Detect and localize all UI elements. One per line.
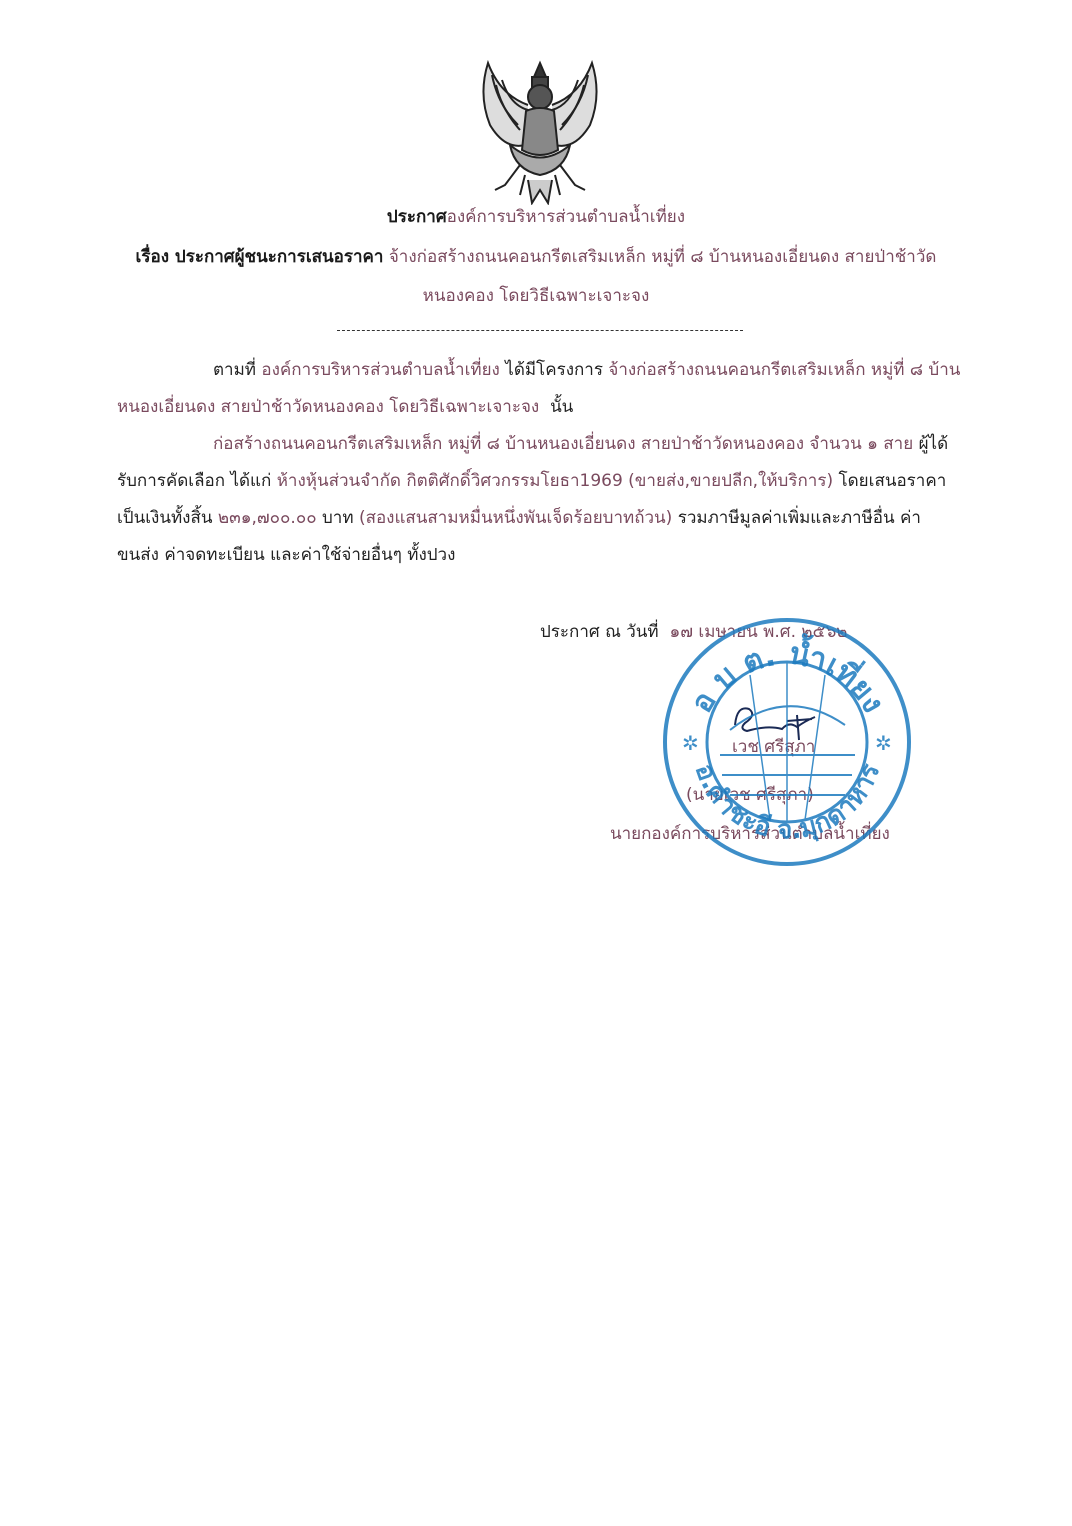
p1-suffix: นั้น bbox=[550, 397, 573, 417]
p2-item: ก่อสร้างถนนคอนกรีตเสริมเหล็ก หมู่ที่ ๘ บ… bbox=[213, 434, 913, 454]
subject-line-2: หนองคอง โดยวิธีเฉพาะเจาะจง bbox=[0, 284, 1072, 308]
document-page: ประกาศองค์การบริหารส่วนตำบลน้ำเที่ยง เรื… bbox=[0, 0, 1072, 1526]
p2-total-label: เป็นเงินทั้งสิ้น bbox=[117, 508, 212, 528]
paragraph-2-line-3: เป็นเงินทั้งสิ้น ๒๓๑,๗๐๐.๐๐ บาท (สองแสนส… bbox=[117, 506, 921, 530]
subject-line-1: เรื่อง ประกาศผู้ชนะการเสนอราคา จ้างก่อสร… bbox=[0, 245, 1072, 269]
paragraph-1-line-2: หนองเอี่ยนดง สายป่าช้าวัดหนองคอง โดยวิธี… bbox=[117, 395, 573, 419]
p1-prefix: ตามที่ bbox=[213, 360, 256, 380]
p1-mid: ได้มีโครงการ bbox=[505, 360, 603, 380]
organization-name: องค์การบริหารส่วนตำบลน้ำเที่ยง bbox=[447, 207, 685, 227]
announcement-prefix: ประกาศ bbox=[387, 207, 447, 227]
date-label: ประกาศ ณ วันที่ bbox=[540, 622, 659, 642]
paragraph-1-line-1: ตามที่ องค์การบริหารส่วนตำบลน้ำเที่ยง ได… bbox=[213, 358, 960, 382]
p2-amount: ๒๓๑,๗๐๐.๐๐ bbox=[218, 508, 317, 528]
p1-project-a: จ้างก่อสร้างถนนคอนกรีตเสริมเหล็ก หมู่ที่… bbox=[608, 360, 960, 380]
separator-line bbox=[337, 330, 743, 331]
paragraph-2-line-4: ขนส่ง ค่าจดทะเบียน และค่าใช้จ่ายอื่นๆ ทั… bbox=[117, 543, 455, 567]
subject-label: เรื่อง ประกาศผู้ชนะการเสนอราคา bbox=[136, 247, 384, 267]
p2-tax-a: รวมภาษีมูลค่าเพิ่มและภาษีอื่น ค่า bbox=[678, 508, 921, 528]
svg-text:✲: ✲ bbox=[682, 731, 699, 755]
paragraph-2-line-1: ก่อสร้างถนนคอนกรีตเสริมเหล็ก หมู่ที่ ๘ บ… bbox=[213, 432, 948, 456]
subject-project-cont: หนองคอง โดยวิธีเฉพาะเจาะจง bbox=[423, 286, 650, 306]
p2-offer-label: โดยเสนอราคา bbox=[839, 471, 947, 491]
p2-tax-b: ขนส่ง ค่าจดทะเบียน และค่าใช้จ่ายอื่นๆ ทั… bbox=[117, 545, 455, 565]
p2-amount-words: (สองแสนสามหมื่นหนึ่งพันเจ็ดร้อยบาทถ้วน) bbox=[359, 508, 672, 528]
svg-text:✲: ✲ bbox=[875, 731, 892, 755]
p2-winner: ห้างหุ้นส่วนจำกัด กิตติศักดิ์วิศวกรรมโยธ… bbox=[277, 471, 833, 491]
paragraph-2-line-2: รับการคัดเลือก ได้แก่ ห้างหุ้นส่วนจำกัด … bbox=[117, 469, 946, 493]
p2-winner-label-a: ผู้ได้ bbox=[919, 434, 949, 454]
garuda-emblem-icon bbox=[470, 55, 610, 205]
p2-winner-label-b: รับการคัดเลือก ได้แก่ bbox=[117, 471, 271, 491]
official-stamp: อ บ ต. น้ำเที่ยง อ.คำชะอี จ.มุกดาหาร ✲ ✲ bbox=[660, 615, 915, 870]
p2-currency: บาท bbox=[322, 508, 354, 528]
announcement-title: ประกาศองค์การบริหารส่วนตำบลน้ำเที่ยง bbox=[0, 205, 1072, 229]
p1-org: องค์การบริหารส่วนตำบลน้ำเที่ยง bbox=[261, 360, 499, 380]
p1-project-b: หนองเอี่ยนดง สายป่าช้าวัดหนองคอง โดยวิธี… bbox=[117, 397, 539, 417]
subject-project: จ้างก่อสร้างถนนคอนกรีตเสริมเหล็ก หมู่ที่… bbox=[389, 247, 937, 267]
